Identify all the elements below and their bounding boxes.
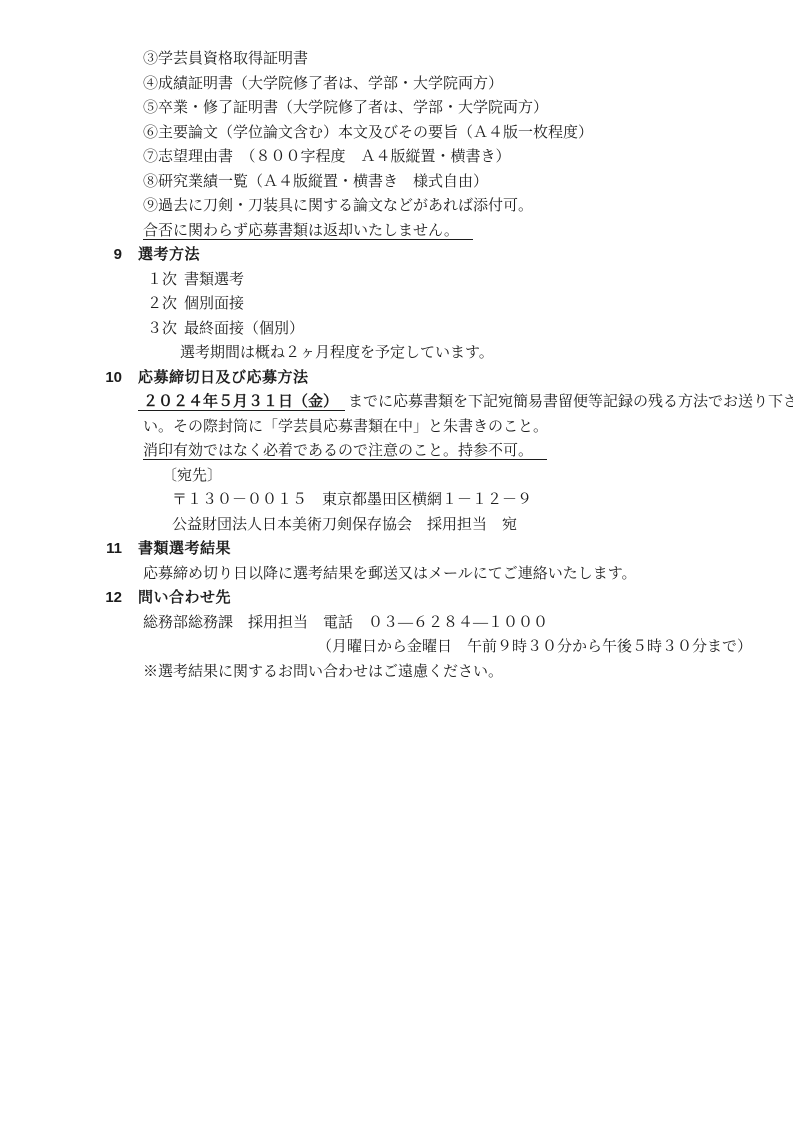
- section-12-title: 問い合わせ先: [138, 589, 231, 606]
- section-9-number: 9: [105, 243, 122, 268]
- section-11-title: 書類選考結果: [138, 540, 231, 557]
- step-2-label: ２次: [147, 292, 184, 317]
- section-12-heading: 12問い合わせ先: [0, 586, 793, 611]
- deadline-date: ２０２４年５月３１日（金）: [138, 394, 345, 411]
- section-10-number: 10: [105, 366, 122, 391]
- attachment-note-line: 合否に関わらず応募書類は返却いたしません。: [0, 219, 793, 244]
- caution-line: 消印有効ではなく必着であるので注意のこと。持参不可。: [0, 439, 793, 464]
- section-12-number: 12: [105, 586, 122, 611]
- section-11-number: 11: [105, 537, 122, 562]
- attachment-note: 合否に関わらず応募書類は返却いたしません。: [143, 223, 473, 240]
- section-10-title: 応募締切日及び応募方法: [138, 369, 309, 386]
- attachment-item-3: ③学芸員資格取得証明書: [0, 47, 793, 72]
- step-3-text: 最終面接（個別）: [184, 321, 304, 337]
- address-label: 〔宛先〕: [0, 464, 793, 489]
- selection-step-3: ３次最終面接（個別）: [0, 317, 793, 342]
- address-org: 公益財団法人日本美術刀剣保存協会 採用担当 宛: [0, 513, 793, 538]
- deadline-line: ２０２４年５月３１日（金）までに応募書類を下記宛簡易書留便等記録の残る方法でお送…: [0, 390, 793, 415]
- deadline-rest: までに応募書類を下記宛簡易書留便等記録の残る方法でお送り下さ: [348, 394, 793, 410]
- attachment-item-4: ④成績証明書（大学院修了者は、学部・大学院両方）: [0, 72, 793, 97]
- attachment-item-7: ⑦志望理由書 （８００字程度 Ａ４版縦置・横書き）: [0, 145, 793, 170]
- contact-line: 総務部総務課 採用担当 電話 ０３―６２８４―１０００: [0, 611, 793, 636]
- attachment-item-5: ⑤卒業・修了証明書（大学院修了者は、学部・大学院両方）: [0, 96, 793, 121]
- caution-text: 消印有効ではなく必着であるので注意のこと。持参不可。: [143, 443, 547, 460]
- document-page: ③学芸員資格取得証明書 ④成績証明書（大学院修了者は、学部・大学院両方） ⑤卒業…: [0, 0, 793, 1122]
- selection-step-1: １次書類選考: [0, 268, 793, 293]
- contact-hours: （月曜日から金曜日 午前９時３０分から午後５時３０分まで）: [0, 635, 793, 660]
- attachment-item-6: ⑥主要論文（学位論文含む）本文及びその要旨（Ａ４版一枚程度）: [0, 121, 793, 146]
- selection-step-2: ２次個別面接: [0, 292, 793, 317]
- attachment-item-8: ⑧研究業績一覧（Ａ４版縦置・横書き 様式自由）: [0, 170, 793, 195]
- address-postal: 〒１３０－００１５ 東京都墨田区横網１－１２－９: [0, 488, 793, 513]
- section-11-body: 応募締め切り日以降に選考結果を郵送又はメールにてご連絡いたします。: [0, 562, 793, 587]
- attachment-item-9: ⑨過去に刀剣・刀装具に関する論文などがあれば添付可。: [0, 194, 793, 219]
- deadline-line-2: い。その際封筒に「学芸員応募書類在中」と朱書きのこと。: [0, 415, 793, 440]
- section-11-heading: 11書類選考結果: [0, 537, 793, 562]
- inquiry-note: ※選考結果に関するお問い合わせはご遠慮ください。: [0, 660, 793, 685]
- step-1-text: 書類選考: [184, 272, 244, 288]
- step-1-label: １次: [147, 268, 184, 293]
- selection-period-note: 選考期間は概ね２ヶ月程度を予定しています。: [0, 341, 793, 366]
- section-9-title: 選考方法: [138, 246, 200, 263]
- section-9-heading: 9選考方法: [0, 243, 793, 268]
- section-10-heading: 10応募締切日及び応募方法: [0, 366, 793, 391]
- step-2-text: 個別面接: [184, 296, 244, 312]
- step-3-label: ３次: [147, 317, 184, 342]
- document-content: ③学芸員資格取得証明書 ④成績証明書（大学院修了者は、学部・大学院両方） ⑤卒業…: [0, 0, 793, 684]
